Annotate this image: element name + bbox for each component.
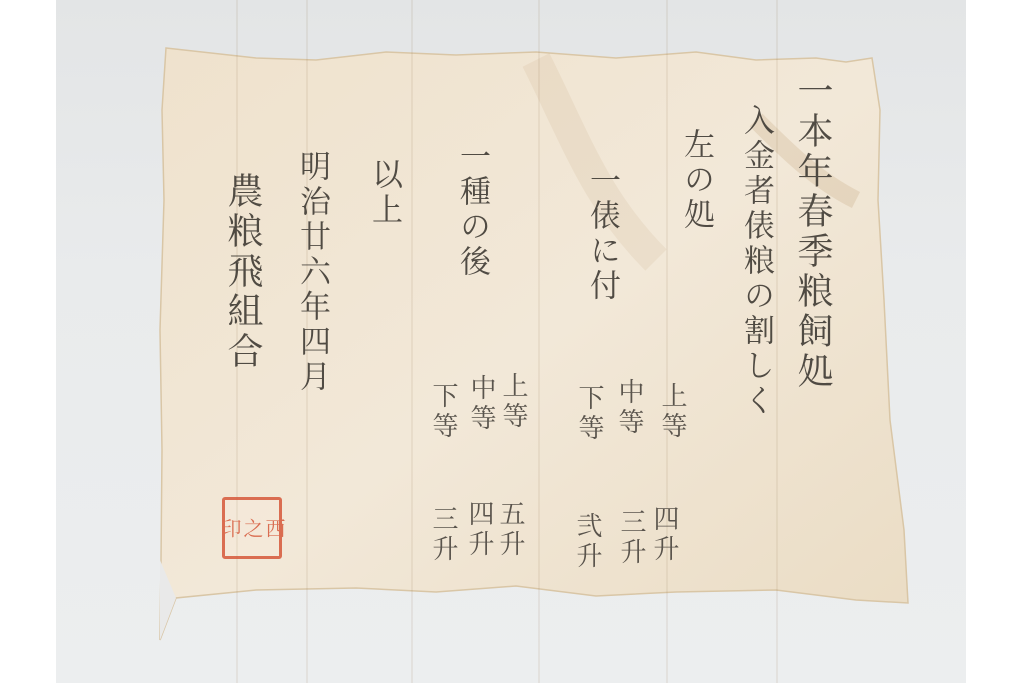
paper-fold <box>411 0 413 683</box>
text-column: 左の処 <box>680 128 711 233</box>
seal-char: 西 <box>264 518 284 538</box>
text-column: 一種の後 <box>456 140 487 280</box>
text-column: 一本年春季粮飼処 <box>794 72 830 392</box>
text-column: 入金者俵粮の割しく <box>740 104 771 419</box>
text-column: 上等 <box>500 372 526 432</box>
red-seal-stamp: 西 之 印 <box>222 497 282 559</box>
text-column: 一俵に付 <box>586 164 617 304</box>
text-column: 中等 <box>616 378 642 438</box>
text-column: 五升 <box>497 500 523 560</box>
text-column: 中等 <box>468 374 494 434</box>
text-column: 三升 <box>430 505 456 565</box>
text-column: 農粮飛組合 <box>224 172 260 372</box>
text-column: 四升 <box>651 505 677 565</box>
text-column: 下等 <box>576 384 602 444</box>
text-column: 明治廿六年四月 <box>296 150 327 395</box>
text-column: 下等 <box>430 382 456 442</box>
text-column: 弐升 <box>574 512 600 572</box>
text-column: 四升 <box>466 500 492 560</box>
seal-char: 印 <box>220 518 240 538</box>
photo-backdrop: 一本年春季粮飼処 入金者俵粮の割しく 左の処 一俵に付 上等 四升 中等 三升 … <box>56 0 966 683</box>
text-column: 以上 <box>368 158 399 228</box>
paper-fold <box>776 0 778 683</box>
text-column: 上等 <box>659 382 685 442</box>
seal-char: 之 <box>242 518 262 538</box>
paper-fold <box>538 0 540 683</box>
text-column: 三升 <box>618 508 644 568</box>
paper-fold <box>666 0 668 683</box>
